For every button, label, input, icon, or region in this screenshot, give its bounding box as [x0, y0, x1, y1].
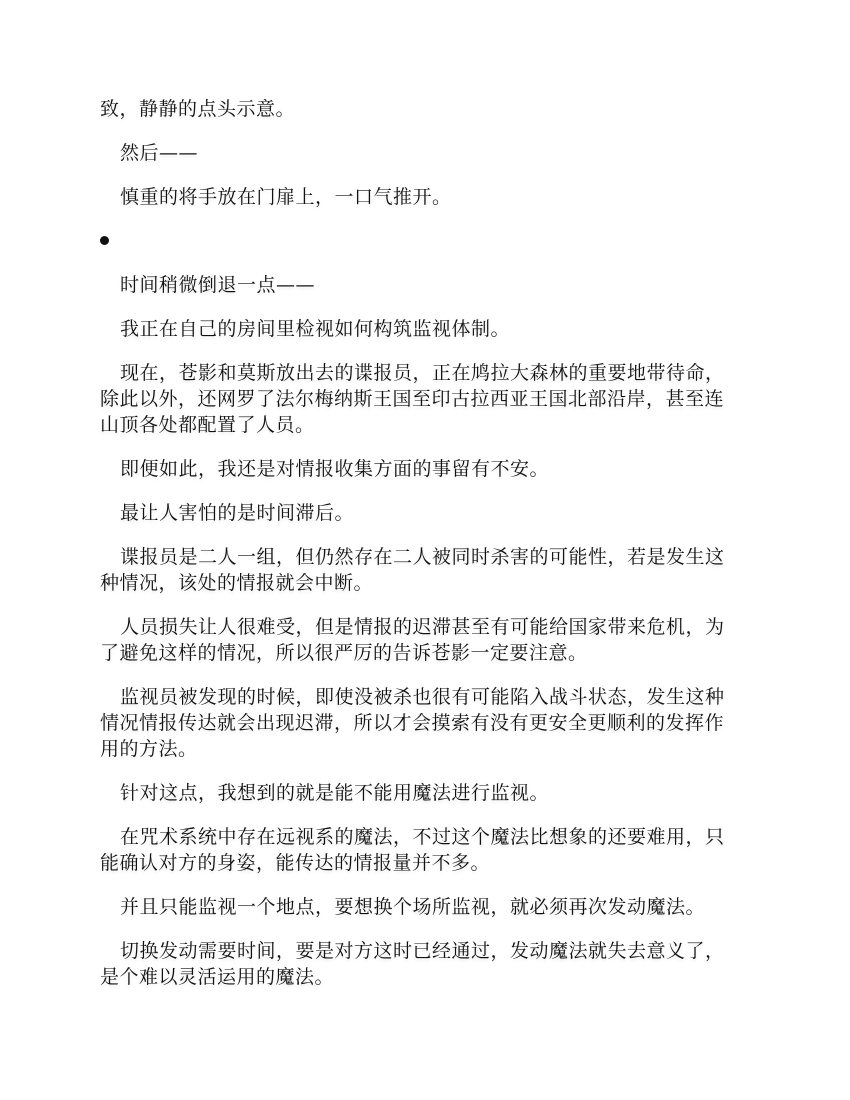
paragraph: 切换发动需要时间，要是对方这时已经通过，发动魔法就失去意义了，是个难以灵活运用的…	[100, 938, 740, 990]
paragraph: 慎重的将手放在门扉上，一口气推开。	[100, 184, 740, 210]
document-page: 致，静静的点头示意。 然后—— 慎重的将手放在门扉上，一口气推开。 时间稍微倒退…	[100, 96, 740, 1008]
paragraph: 在咒术系统中存在远视系的魔法，不过这个魔法比想象的还要难用，只能确认对方的身姿，…	[100, 824, 740, 876]
paragraph: 针对这点，我想到的就是能不能用魔法进行监视。	[100, 780, 740, 806]
paragraph: 人员损失让人很难受，但是情报的迟滞甚至有可能给国家带来危机，为了避免这样的情况，…	[100, 614, 740, 666]
paragraph: 即便如此，我还是对情报收集方面的事留有不安。	[100, 456, 740, 482]
paragraph: 我正在自己的房间里检视如何构筑监视体制。	[100, 316, 740, 342]
section-separator	[100, 228, 740, 254]
paragraph: 然后——	[100, 140, 740, 166]
paragraph: 最让人害怕的是时间滞后。	[100, 500, 740, 526]
paragraph: 致，静静的点头示意。	[100, 96, 740, 122]
bullet-dot-icon	[100, 236, 109, 245]
paragraph: 时间稍微倒退一点——	[100, 272, 740, 298]
paragraph: 谍报员是二人一组，但仍然存在二人被同时杀害的可能性，若是发生这种情况，该处的情报…	[100, 544, 740, 596]
paragraph: 现在，苍影和莫斯放出去的谍报员，正在鸠拉大森林的重要地带待命，除此以外，还网罗了…	[100, 360, 740, 438]
paragraph: 并且只能监视一个地点，要想换个场所监视，就必须再次发动魔法。	[100, 894, 740, 920]
paragraph: 监视员被发现的时候，即使没被杀也很有可能陷入战斗状态，发生这种情况情报传达就会出…	[100, 684, 740, 762]
